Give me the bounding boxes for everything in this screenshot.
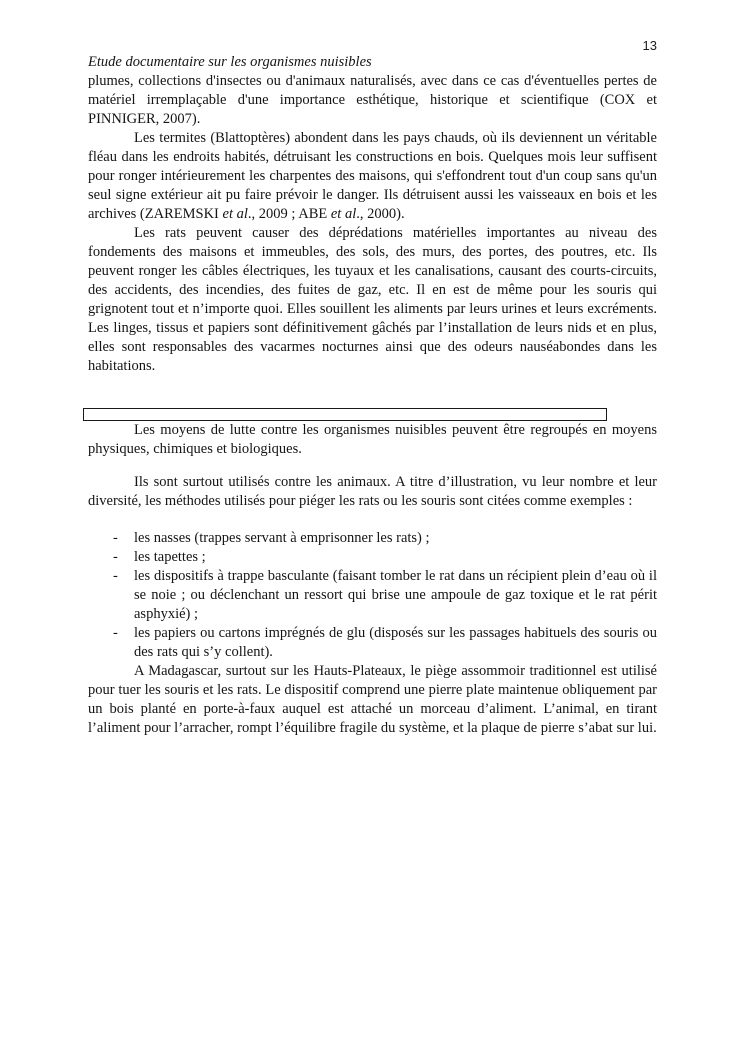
document-page: 13 Etude documentaire sur les organismes…: [0, 0, 745, 1053]
running-header: Etude documentaire sur les organismes nu…: [88, 53, 657, 72]
paragraph-termites: Les termites (Blattoptères) abondent dan…: [88, 129, 657, 224]
list-item: - les dispositifs à trappe basculante (f…: [88, 567, 657, 624]
paragraph-illustration: Ils sont surtout utilisés contre les ani…: [88, 473, 657, 511]
list-item: - les papiers ou cartons imprégnés de gl…: [88, 624, 657, 662]
paragraph-moyens: Les moyens de lutte contre les organisme…: [88, 421, 657, 459]
list-dash-marker: -: [113, 548, 134, 567]
list-item-text: les papiers ou cartons imprégnés de glu …: [134, 624, 657, 662]
page-number: 13: [88, 38, 657, 53]
list-item: - les tapettes ;: [88, 548, 657, 567]
list-dash-marker: -: [113, 624, 134, 662]
list-item: - les nasses (trappes servant à emprison…: [88, 529, 657, 548]
list-item-text: les dispositifs à trappe basculante (fai…: [134, 567, 657, 624]
methods-list: - les nasses (trappes servant à emprison…: [88, 529, 657, 662]
section-heading-box: [83, 408, 607, 421]
list-item-text: les tapettes ;: [134, 548, 657, 567]
list-dash-marker: -: [113, 567, 134, 624]
list-item-text: les nasses (trappes servant à emprisonne…: [134, 529, 657, 548]
list-dash-marker: -: [113, 529, 134, 548]
paragraph-plumes: plumes, collections d'insectes ou d'anim…: [88, 72, 657, 129]
paragraph-madagascar: A Madagascar, surtout sur les Hauts-Plat…: [88, 662, 657, 738]
paragraph-rats: Les rats peuvent causer des déprédations…: [88, 224, 657, 376]
